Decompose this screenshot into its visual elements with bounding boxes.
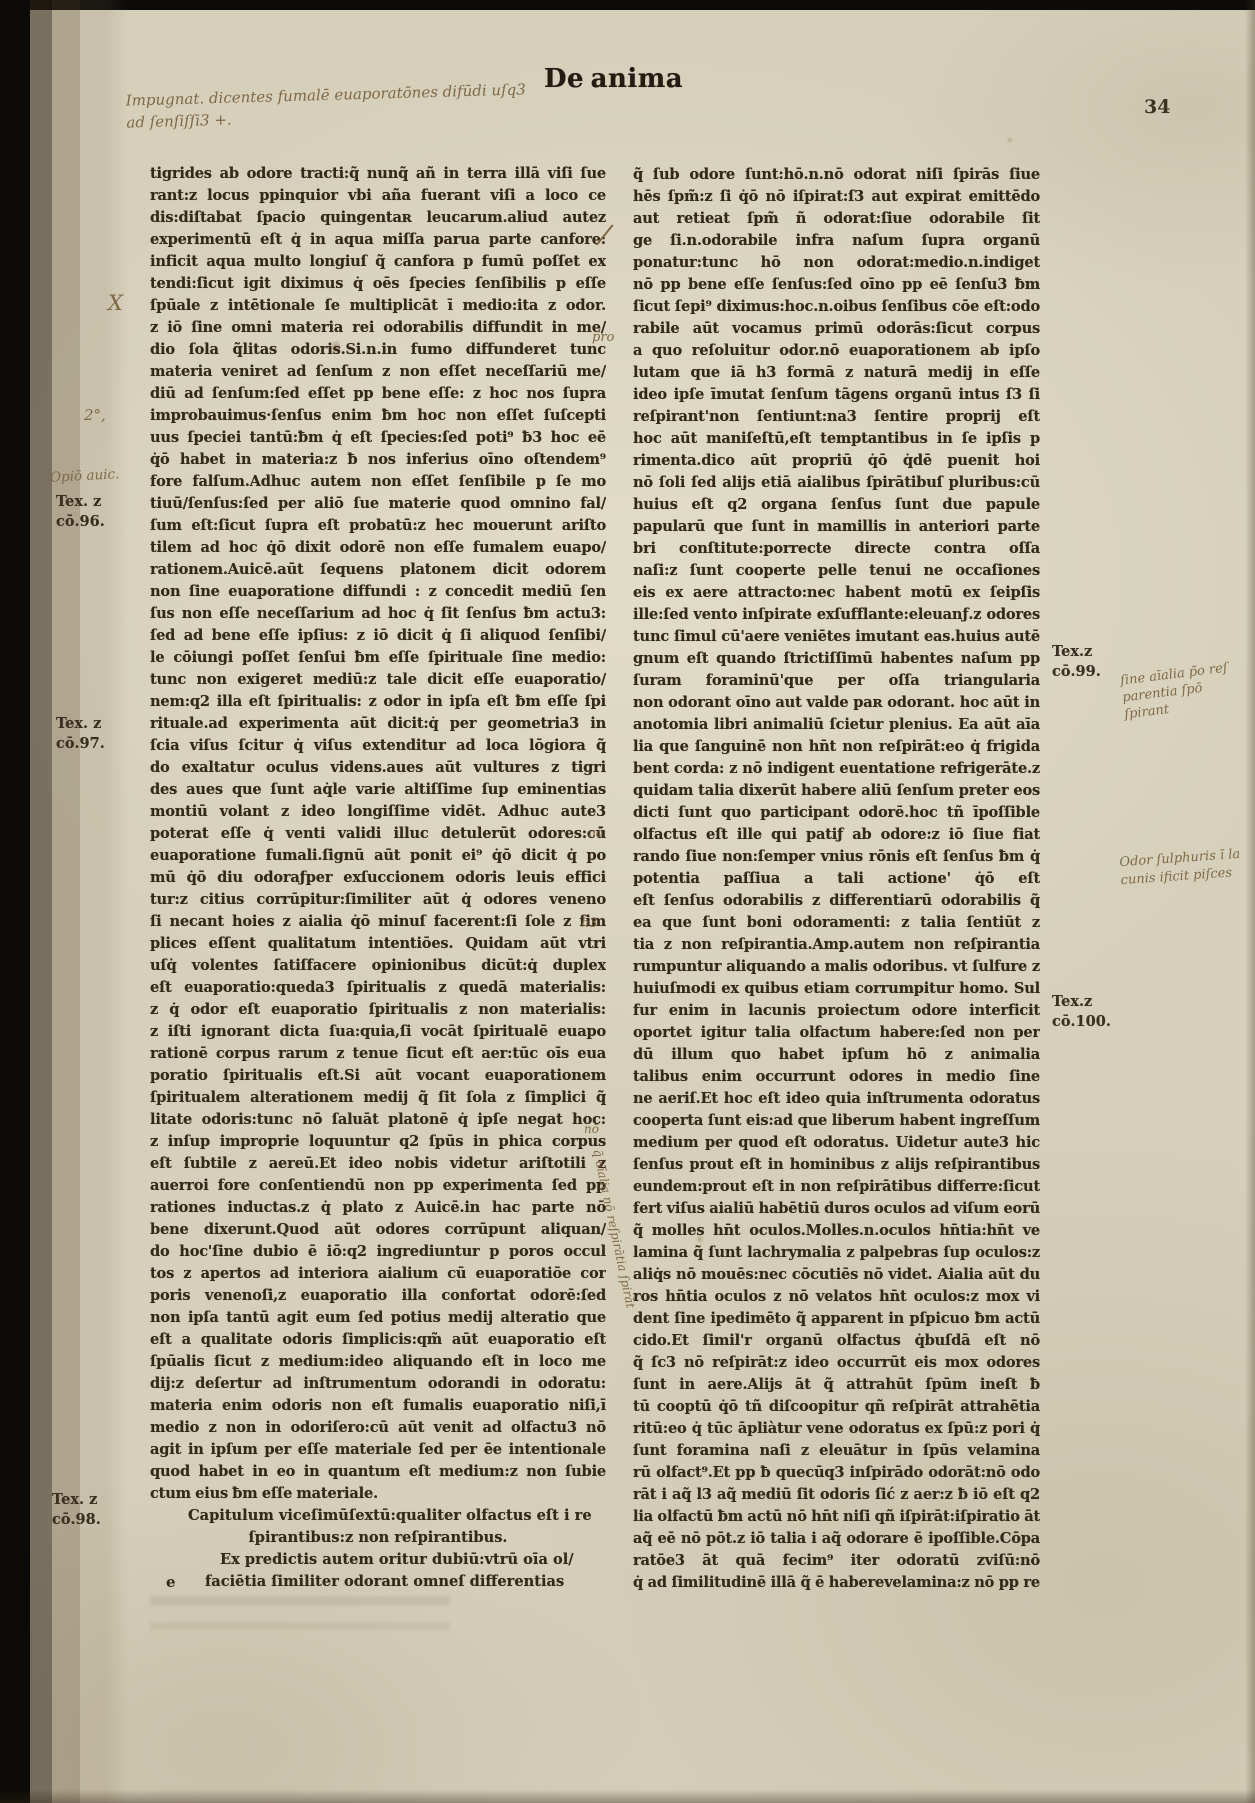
- text-line: ideo ipſe īmutat ſenſum tāgens organū in…: [633, 384, 1040, 406]
- text-line: q̇ō habet in materia:z ƀ nos inferius oī…: [150, 449, 606, 471]
- text-line: quod habet in eo in quantum eſt medium:z…: [150, 1461, 606, 1483]
- text-line: ſpiritualem alterationem medij q̃ ſit ſo…: [150, 1087, 606, 1109]
- text-line: poterat eſſe q̇ venti validi illuc detul…: [150, 823, 606, 845]
- text-line: des aues que ſunt aq̇le varie altiſſime …: [150, 779, 606, 801]
- margin-note-respirantia: ſine aīalia p̃o reſ parentia ſpō ſpirant: [1119, 660, 1232, 724]
- gutter-pen-squiggle: h̃3: [581, 916, 598, 931]
- text-line: dent ſine ipedimēto q̃ apparent in pſpic…: [633, 1308, 1040, 1330]
- text-line: quidam talia dixerūt habere aliū ſenſum …: [633, 780, 1040, 802]
- text-line: lamina q̃ ſunt lachrymalia z palpebras ſ…: [633, 1242, 1040, 1264]
- text-line: dū illum quo habet ipſum hō z animalia r…: [633, 1044, 1040, 1066]
- text-line: ratōe3 āt quā fecim⁹ iter odoratū zviſū:…: [633, 1550, 1040, 1572]
- text-line: ne aeriſ.Et hoc eſt ideo quia inſtrument…: [633, 1088, 1040, 1110]
- text-line: eundem:prout eſt in non reſpirātibus dif…: [633, 1176, 1040, 1198]
- text-line: rāt i aq̃ l3 aq̃ mediū ſit odoris ſić z …: [633, 1484, 1040, 1506]
- ink-bleedthrough: [150, 1596, 450, 1666]
- incipit-line2: faciētia ſimiliter odorant omneſ differe…: [150, 1571, 606, 1593]
- text-line: nō ſoli ſed alijs etiā aialibus ſpirātib…: [633, 472, 1040, 494]
- text-line: ſpūale z intētionale ſe multiplicāt ī me…: [150, 295, 606, 317]
- text-line: nō pp bene eſſe ſenſus:ſed oīno pp eē ſe…: [633, 274, 1040, 296]
- text-line: tunc ſimul cū'aere veniētes imutant eas.…: [633, 626, 1040, 648]
- text-line: plices eſſent qualitatum intentiōes. Qui…: [150, 933, 606, 955]
- text-line: cooperta ſunt eis:ad que liberum habent …: [633, 1110, 1040, 1132]
- text-line: z q̇ odor eſt euaporatio ſpiritualis z n…: [150, 999, 606, 1021]
- text-line: ſed ad bene eſſe ipſius: z iō dicit q̇ ſ…: [150, 625, 606, 647]
- text-line: fore falſum.Adhuc autem non eſſet ſenſib…: [150, 471, 606, 493]
- text-line: eſt euaporatio:queda3 ſpiritualis z qued…: [150, 977, 606, 999]
- text-line: tia z non reſpirantia.Amp.autem non reſp…: [633, 934, 1040, 956]
- text-line: ſcia viſus ſcitur q̇ viſus extenditur ad…: [150, 735, 606, 757]
- textus-98-line1: Tex. z: [52, 1490, 101, 1510]
- scanned-book-page: Impugnat. dicentes fumalē euaporatōnes d…: [0, 0, 1255, 1803]
- text-line: rationem.Auicē.aūt ſequens platonem dici…: [150, 559, 606, 581]
- text-line: dio ſola q̃litas odoris.Si.n.in fumo dif…: [150, 339, 606, 361]
- text-line: rimenta.dico aūt propriū q̇ō q̇dē puenit…: [633, 450, 1040, 472]
- text-line: rant:z locus ppinquior vbi aña fuerant v…: [150, 185, 606, 207]
- text-line: rituale.ad experimenta aūt dicit:q̇ per …: [150, 713, 606, 735]
- text-line: q̇ ad ſimilitudinē illā q̃ ē haberevelam…: [633, 1572, 1040, 1594]
- textus-100-line1: Tex.z: [1052, 992, 1111, 1012]
- text-line: talibus enim occurrunt odores in medio ſ…: [633, 1066, 1040, 1088]
- text-line: medio z non in odoriſero:cū aūt venit ad…: [150, 1417, 606, 1439]
- text-line: auerroi fore conſentiendū non pp experim…: [150, 1175, 606, 1197]
- chapter-heading-line2: ſpirantibus:z non reſpirantibus.: [150, 1527, 606, 1549]
- text-line: non ſine euaporatione diffundi : z conce…: [150, 581, 606, 603]
- text-line: diū ad ſenſum:ſed eſſet pp bene eſſe: z …: [150, 383, 606, 405]
- text-line: aliq̇s nō mouēs:nec cōcutiēs nō videt. A…: [633, 1264, 1040, 1286]
- text-line: materia veniret ad ſenſum z non eſſet ne…: [150, 361, 606, 383]
- scan-edge-bottom: [0, 1789, 1255, 1803]
- text-line: cido.Et ſimil'r organū olfactus q̇buſdā …: [633, 1330, 1040, 1352]
- text-line: euaporatione fumali.ſignū aūt ponit ei⁹ …: [150, 845, 606, 867]
- text-line: ſuram foraminū'que per oſſa triangularia…: [633, 670, 1040, 692]
- text-line: rando ſiue non:ſemper vnius rōnis eſt ſe…: [633, 846, 1040, 868]
- text-line: dicti ſunt quo participant odorē.hoc tñ …: [633, 802, 1040, 824]
- margin-textus-100: Tex.z cō.100.: [1052, 992, 1111, 1032]
- text-line: tos z apertos ad interiora aialium cū eu…: [150, 1263, 606, 1285]
- text-line: do exaltatur oculus videns.aues aūt vult…: [150, 757, 606, 779]
- text-line: fur enim in lacunis proiectum odore inte…: [633, 1000, 1040, 1022]
- text-line: lutam que iā h3 formā z naturā medij in …: [633, 362, 1040, 384]
- text-line: bene dixerunt.Quod aūt odores corrūpunt …: [150, 1219, 606, 1241]
- text-line: rū olfact⁹.Et pp ƀ quecūq3 inſpirādo odo…: [633, 1462, 1040, 1484]
- text-line: hēs ſpm̃:z ſi q̇ō nō iſpirat:ſ3 aut expi…: [633, 186, 1040, 208]
- text-line: ea que ſunt boni odoramenti: z talia ſen…: [633, 912, 1040, 934]
- text-line: poris venenoſi,z euaporatio illa confort…: [150, 1285, 606, 1307]
- left-text-column: tigrides ab odore tracti:q̃ nunq̃ añ in …: [150, 163, 606, 1505]
- text-line: inficit aqua multo longiuſ q̃ canfora p …: [150, 251, 606, 273]
- text-line: huiuſmodi ex quibus etiam corrumpitur ho…: [633, 978, 1040, 1000]
- textus-97-line1: Tex. z: [56, 714, 105, 734]
- margin-textus-96: Tex. z cō.96.: [56, 492, 105, 532]
- text-line: experimentū eſt q̇ in aqua miſſa parua p…: [150, 229, 606, 251]
- text-line: ſunt in aere.Alijs āt q̃ attrahūt ſpūm i…: [633, 1374, 1040, 1396]
- text-line: rumpuntur aliquando a malis odoribus. vt…: [633, 956, 1040, 978]
- text-line: tur:z citius corrūpitur:ſimiliter aūt q̇…: [150, 889, 606, 911]
- scan-edge-top: [0, 0, 1255, 10]
- text-line: ille:ſed vento inſpirate exſufflante:ele…: [633, 604, 1040, 626]
- gutter-note-no-2: nō: [584, 1122, 599, 1136]
- text-line: tunc non exigeret mediū:z tale dicit eſſ…: [150, 669, 606, 691]
- text-line: z inſup improprie loquuntur q2 ſpūs in p…: [150, 1131, 606, 1153]
- text-line: uus ſpeciei tantū:ƀm q̇ eſt ſpecies:ſed …: [150, 427, 606, 449]
- text-line: dij:z deſertur ad inſtrumentum odorandi …: [150, 1373, 606, 1395]
- text-line: ritū:eo q̇ tūc āpliàtur vene odoratus ex…: [633, 1418, 1040, 1440]
- text-line: ſunt foramina naſi z eleuātur in ſpūs ve…: [633, 1440, 1040, 1462]
- text-line: lia que ſanguinē non hn̄t non reſpirāt:e…: [633, 736, 1040, 758]
- text-line: ge ſi.n.odorabile infra naſum ſupra orga…: [633, 230, 1040, 252]
- text-line: montiū volant z ideo longiſſime vidēt. A…: [150, 801, 606, 823]
- text-line: ſi necant hoies z aialia q̇ō minuſ facer…: [150, 911, 606, 933]
- text-line: tigrides ab odore tracti:q̃ nunq̃ añ in …: [150, 163, 606, 185]
- text-line: bent corda: z nō indigent euentatione re…: [633, 758, 1040, 780]
- text-line: ſicut ſepi⁹ diximus:hoc.n.oibus ſenſibus…: [633, 296, 1040, 318]
- text-line: agit in ipſum per eſſe materiale ſed per…: [150, 1439, 606, 1461]
- text-line: ctum eius ƀm eſſe materiale.: [150, 1483, 606, 1505]
- text-line: ſus non eſſe neceſſarium ad hoc q̇ ſit ſ…: [150, 603, 606, 625]
- text-line: q̃ molles hn̄t oculos.Molles.n.oculos hn…: [633, 1220, 1040, 1242]
- text-line: gnum eſt quando ſtrictiſſimū habentes na…: [633, 648, 1040, 670]
- text-line: ſum eſt:ſicut ſupra eſt probatū:z hec mo…: [150, 515, 606, 537]
- text-line: z iō ſine omni materia rei odorabilis di…: [150, 317, 606, 339]
- gutter-note-no-1: nō: [588, 826, 603, 840]
- textus-100-line2: cō.100.: [1052, 1012, 1111, 1032]
- incipit-line1: Ex predictis autem oritur dubiū:vtrū oīa…: [150, 1549, 606, 1571]
- scan-edge-left-gutter: [0, 0, 130, 1803]
- text-line: non ipſa tantū agit eum ſed potius medij…: [150, 1307, 606, 1329]
- text-line: q̃ ſc3 nō reſpirāt:z ideo occurrūt eis m…: [633, 1352, 1040, 1374]
- text-line: mū q̇ō diu odoraƒper exſuccionem odoris …: [150, 867, 606, 889]
- text-line: poratio ſpiritualis eſt.Si aūt vocant eu…: [150, 1065, 606, 1087]
- textus-96-line2: cō.96.: [56, 512, 105, 532]
- text-line: rationes inductas.z q̇ plato z Auicē.in …: [150, 1197, 606, 1219]
- text-line: rationē corpus rarum z tenue ſicut eſt a…: [150, 1043, 606, 1065]
- text-line: z iſti ignorant dicta ſua:quia,ſi vocāt …: [150, 1021, 606, 1043]
- textus-98-line2: cō.98.: [52, 1510, 101, 1530]
- text-line: tendi:ſicut igit diximus q̇ oēs ſpecies …: [150, 273, 606, 295]
- scan-edge-right: [1245, 0, 1255, 1803]
- textus-99-line1: Tex.z: [1052, 642, 1101, 662]
- running-title: De anima: [544, 64, 683, 94]
- text-line: ponatur:tunc hō non odorat:medio.n.indig…: [633, 252, 1040, 274]
- text-line: fert viſus aialiū habētiū duros oculos a…: [633, 1198, 1040, 1220]
- text-line: aut retieat ſpm̃ ñ odorat:ſiue odorabile…: [633, 208, 1040, 230]
- text-line: tiuū/ſenſus:ſed per aliō ſue materie quo…: [150, 493, 606, 515]
- text-line: papularū que ſunt in mamillis in anterio…: [633, 516, 1040, 538]
- text-line: materia enim odoris non eſt fumalis euap…: [150, 1395, 606, 1417]
- text-line: non odorant oīno aut valde paʀ odorant. …: [633, 692, 1040, 714]
- text-line: litate odoris:tunc nō ſaluāt platonē q̇ …: [150, 1109, 606, 1131]
- text-line: dis:diſtabat ſpacio quingentaʀ leucarum.…: [150, 207, 606, 229]
- text-line: eis ex aere attracto:nec habent motū ex …: [633, 582, 1040, 604]
- text-line: uſq̇ volentes ſatiſfacere opinionibus di…: [150, 955, 606, 977]
- text-line: lia olfactū ƀm actū nō hn̄t niſi qñ iſpi…: [633, 1506, 1040, 1528]
- textus-99-line2: cō.99.: [1052, 662, 1101, 682]
- text-line: eſt ſubtile z aereū.Et ideo nobis videtu…: [150, 1153, 606, 1175]
- text-line: bri conſtitute:porrecte directe contra o…: [633, 538, 1040, 560]
- margin-textus-99: Tex.z cō.99.: [1052, 642, 1101, 682]
- chapter-heading-line1: Capitulum viceſimūſextū:qualiter olfactu…: [150, 1505, 606, 1527]
- text-line: ſenſus prout eſt in hominibus z alijs re…: [633, 1154, 1040, 1176]
- text-line: rabile aūt vocamus primū odorās:ſicut co…: [633, 318, 1040, 340]
- margin-x-mark: X: [108, 291, 123, 315]
- text-line: tū cooptū q̇ō tñ diſcoopitur qñ reſpirāt…: [633, 1396, 1040, 1418]
- text-line: anotomia libri animaliū ſcietur plenius.…: [633, 714, 1040, 736]
- text-line: hoc aūt maniſeſtū,eſt temptantibus in ſe…: [633, 428, 1040, 450]
- text-line: aq̃ eē nō pōt.z iō talia i aq̃ odorare ē…: [633, 1528, 1040, 1550]
- textus-97-line2: cō.97.: [56, 734, 105, 754]
- text-line: olfactus eſt ille qui patiƒ ab odore:z i…: [633, 824, 1040, 846]
- gutter-note-pro: p̃ro: [592, 330, 614, 345]
- text-line: do hoc'ſine dubio ē iō:q2 ingrediuntur p…: [150, 1241, 606, 1263]
- text-line: tilem ad hoc q̇ō dixit odorē non eſſe fu…: [150, 537, 606, 559]
- text-line: eſt ſenſus odorabilis z differentiarū od…: [633, 890, 1040, 912]
- text-line: naſi:z ſunt cooperte pelle tenui ne occa…: [633, 560, 1040, 582]
- text-line: improbauimus·ſenſus enim ƀm hoc non eſſe…: [150, 405, 606, 427]
- margin-textus-98: Tex. z cō.98.: [52, 1490, 101, 1530]
- folio-number: 34: [1144, 96, 1170, 118]
- text-line: a quo reſoluitur odor.nō euaporationem a…: [633, 340, 1040, 362]
- text-line: huius eſt q2 organa ſenſus ſunt due papu…: [633, 494, 1040, 516]
- text-line: le cōiungi poſſet ſenſui ƀm eſſe ſpiritu…: [150, 647, 606, 669]
- text-line: eſt a qualitate odoris ſimplicis:qm̃ aūt…: [150, 1329, 606, 1351]
- margin-textus-97: Tex. z cō.97.: [56, 714, 105, 754]
- text-line: potentia paſſiua a tali actione' q̇ō eſt…: [633, 868, 1040, 890]
- text-line: reſpirant'non ſentiunt:na3 ſentire propr…: [633, 406, 1040, 428]
- marginalia-top-left: Impugnat. dicentes fumalē euaporatōnes d…: [125, 78, 526, 133]
- textus-96-line1: Tex. z: [56, 492, 105, 512]
- margin-note-sulphur: Odor ſulphuris ī la cunis ificit piſces: [1119, 846, 1242, 890]
- margin-secundo-mark: 2°,: [84, 406, 106, 424]
- text-line: nem:q2 illa eſt ſpiritualis: z odor in i…: [150, 691, 606, 713]
- text-line: medium per quod eſt odoratus. Uidetur au…: [633, 1132, 1040, 1154]
- text-line: oportet igitur talia olfactum habere:ſed…: [633, 1022, 1040, 1044]
- right-text-column: q̃ ſub odore ſunt:hō.n.nō odorat niſi ſp…: [633, 164, 1040, 1594]
- text-line: q̃ ſub odore ſunt:hō.n.nō odorat niſi ſp…: [633, 164, 1040, 186]
- text-line: ros hn̄tia oculos z nō velatos hn̄t ocul…: [633, 1286, 1040, 1308]
- text-line: ſpūalis ſicut z medium:ideo aliquando eſ…: [150, 1351, 606, 1373]
